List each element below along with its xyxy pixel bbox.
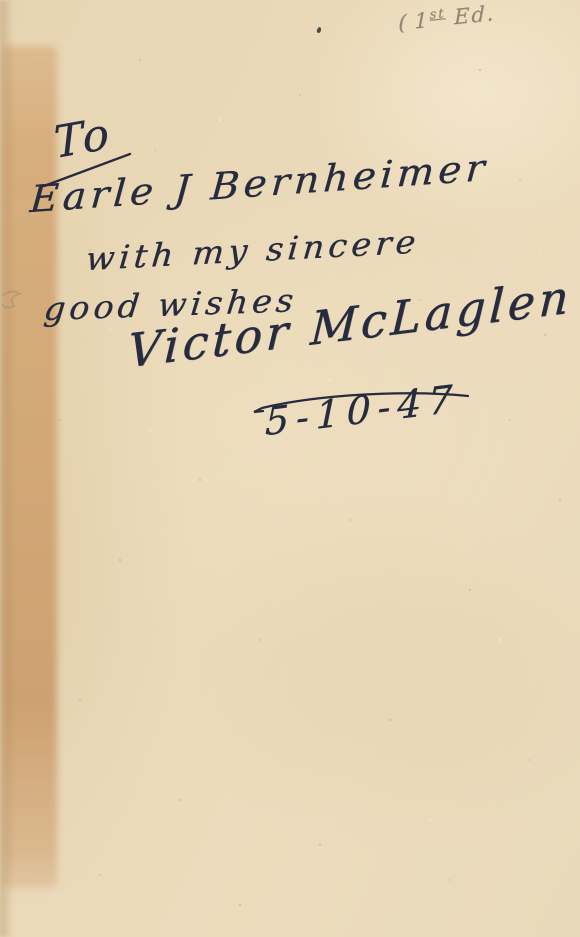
pencil-note-word: Ed. xyxy=(454,1,495,29)
pencil-edition-note: (1st Ed. xyxy=(398,1,495,35)
inscription-date: 5-10-47 xyxy=(265,376,460,444)
pencil-note-ordinal: st xyxy=(430,6,446,23)
pencil-stray-mark: ( xyxy=(398,10,408,35)
pencil-note-numeral: 1 xyxy=(414,8,429,34)
ink-speck-dot xyxy=(316,27,322,34)
page-edge-shadow xyxy=(0,0,14,937)
book-flyleaf-photo: (1st Ed. To Earle J Bernheimer with my s… xyxy=(0,0,580,937)
inscription-salutation: To xyxy=(52,108,113,169)
inscription-sentiment-line-1: with my sincere xyxy=(84,222,421,278)
